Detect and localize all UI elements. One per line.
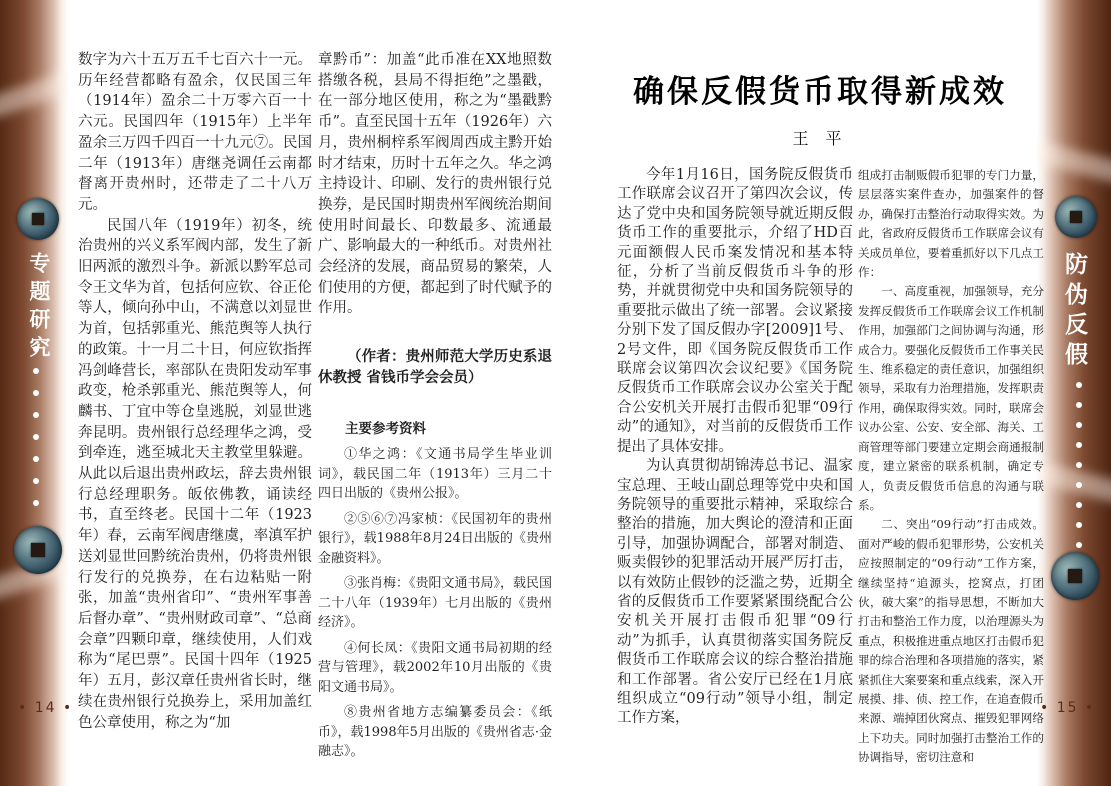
bullet-dot bbox=[1076, 402, 1082, 408]
article-author: 王 平 bbox=[595, 126, 1045, 149]
coin-icon bbox=[14, 526, 62, 574]
bullet-dot bbox=[1076, 482, 1082, 488]
coin-icon bbox=[17, 198, 59, 240]
left-section-label: 专题研究 bbox=[24, 252, 54, 364]
coin-hole bbox=[31, 543, 45, 557]
paragraph: 数字为六十五万五千七百六十一元。历年经营都略有盈余，仅民国三年（1914年）盈余… bbox=[78, 50, 312, 216]
bullet-dot bbox=[33, 412, 39, 418]
paragraph: 今年1月16日，国务院反假货币工作联席会议召开了第四次会议，传达了党中央和国务院… bbox=[617, 166, 853, 457]
references-heading: 主要参考资料 bbox=[318, 419, 552, 440]
dot-column bbox=[1076, 382, 1082, 548]
left-page-column-1: 数字为六十五万五千七百六十一元。历年经营都略有盈余，仅民国三年（1914年）盈余… bbox=[78, 50, 312, 733]
right-page-column-2: 组成打击制贩假币犯罪的专门力量，层层落实案件查办，加强案件的督办，确保打击整治行… bbox=[858, 166, 1044, 768]
bullet-dot bbox=[33, 478, 39, 484]
coin-hole bbox=[32, 213, 45, 226]
bullet-dot bbox=[33, 390, 39, 396]
bullet-dot bbox=[33, 500, 39, 506]
bullet-dot bbox=[33, 368, 39, 374]
reference-item: ④何长凤：《贵阳文通书局初期的经营与管理》，载2002年10月出版的《贵阳文通书… bbox=[318, 639, 552, 698]
bullet-dot bbox=[1076, 462, 1082, 468]
right-sidebar: 防伪反假 bbox=[1037, 0, 1111, 786]
right-section-label: 防伪反假 bbox=[1058, 252, 1091, 372]
bullet-dot bbox=[1076, 442, 1082, 448]
bullet-dot bbox=[1076, 422, 1082, 428]
article-title: 确保反假货币取得新成效 bbox=[595, 66, 1045, 111]
light-streak bbox=[1037, 127, 1111, 195]
paragraph: 为认真贯彻胡锦涛总书记、温家宝总理、王岐山副总理等党中央和国务院领导的重要批示精… bbox=[617, 457, 853, 729]
bullet-dot bbox=[33, 456, 39, 462]
right-page-column-1: 今年1月16日，国务院反假货币工作联席会议召开了第四次会议，传达了党中央和国务院… bbox=[617, 166, 853, 729]
light-streak bbox=[1037, 447, 1111, 515]
magazine-spread: 专题研究 防伪反假 • 14 • • 15 • 数字为六十五万五千七百六十一元。… bbox=[0, 0, 1111, 786]
reference-item: ③张肖梅：《贵阳文通书局》，载民国二十八年（1939年）七月出版的《贵州经济》。 bbox=[318, 574, 552, 633]
bullet-dot bbox=[33, 434, 39, 440]
bullet-dot bbox=[1076, 542, 1082, 548]
left-page-column-2: 章黔币”：加盖“此币准在XX地照数搭缴各税，县局不得拒绝”之墨戳，在一部分地区使… bbox=[318, 50, 552, 762]
paragraph: 组成打击制贩假币犯罪的专门力量，层层落实案件查办，加强案件的督办，确保打击整治行… bbox=[858, 166, 1044, 282]
reference-item: ①华之鸿：《文通书局学生毕业训词》，载民国二年（1913年）三月二十四日出版的《… bbox=[318, 445, 552, 504]
coin-hole bbox=[1070, 211, 1083, 224]
bullet-dot bbox=[1076, 382, 1082, 388]
paragraph: 民国八年（1919年）初冬，统治贵州的兴义系军阀内部，发生了新旧两派的激烈斗争。… bbox=[78, 216, 312, 734]
dot-column bbox=[33, 346, 39, 506]
bullet-dot bbox=[1076, 502, 1082, 508]
left-sidebar: 专题研究 bbox=[0, 0, 68, 786]
bullet-dot bbox=[33, 346, 39, 352]
bullet-dot bbox=[1076, 522, 1082, 528]
reference-item: ②⑤⑥⑦冯家桢：《民国初年的贵州银行》，载1988年8月24日出版的《贵州金融资… bbox=[318, 510, 552, 569]
reference-item: ⑧贵州省地方志编纂委员会：《纸币》，载1998年5月出版的《贵州省志·金融志》。 bbox=[318, 703, 552, 762]
light-streak bbox=[0, 51, 68, 127]
page-number-right: • 15 • bbox=[1040, 700, 1095, 716]
paragraph: 二、突出“09行动”打击成效。面对严峻的假币犯罪形势，公安机关应按照制定的“09… bbox=[858, 515, 1044, 767]
paragraph: 章黔币”：加盖“此币准在XX地照数搭缴各税，县局不得拒绝”之墨戳，在一部分地区使… bbox=[318, 50, 552, 319]
coin-hole bbox=[1068, 569, 1082, 583]
paragraph: 一、高度重视，加强领导，充分发挥反假货币工作联席会议工作机制作用，加强部门之间协… bbox=[858, 282, 1044, 515]
author-note: （作者：贵州师范大学历史系退休教授 省钱币学会会员） bbox=[318, 347, 552, 388]
coin-icon bbox=[1055, 196, 1097, 238]
coin-icon bbox=[1051, 552, 1099, 600]
page-number-left: • 14 • bbox=[18, 700, 73, 716]
